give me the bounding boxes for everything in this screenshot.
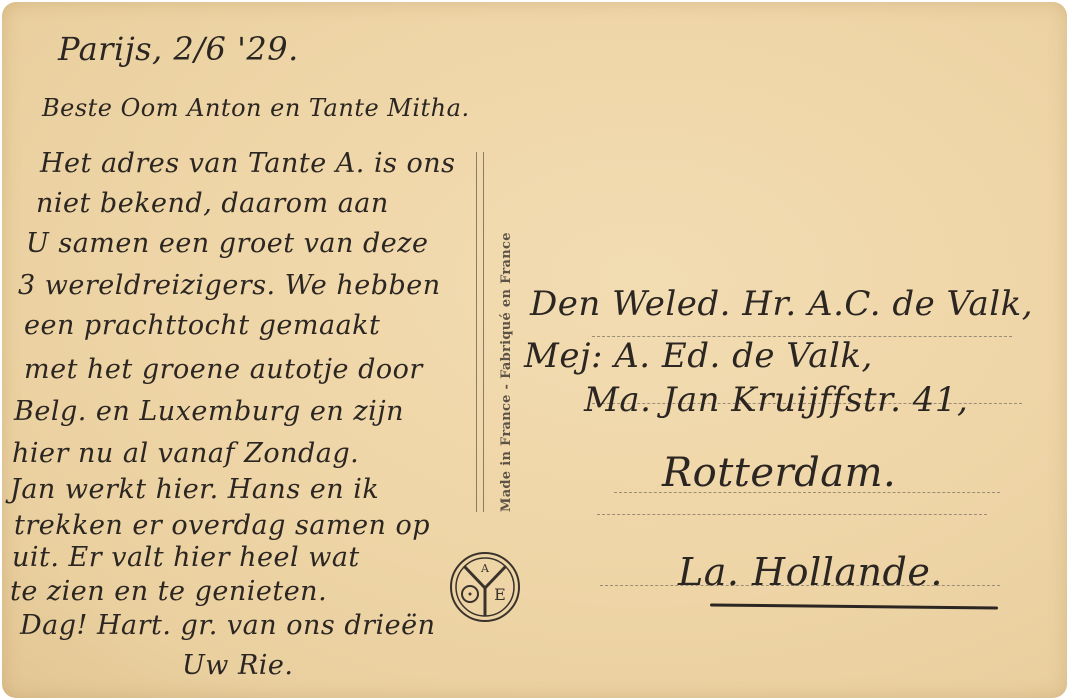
message-line: uit. Er valt hier heel wat [12, 542, 360, 573]
message-line: 3 wereldreizigers. We hebben [18, 270, 441, 301]
country-underline [710, 603, 998, 609]
message-line: hier nu al vanaf Zondag. [12, 438, 359, 469]
message-line: Jan werkt hier. Hans en ik [10, 474, 379, 505]
made-in-france-label: Made in France - Fabriqué en France [499, 232, 514, 512]
message-line: met het groene autotje door [24, 354, 423, 385]
svg-text:A: A [480, 562, 490, 575]
message-line: te zien en te genieten. [10, 576, 327, 607]
message-line: Dag! Hart. gr. van ons drieën [20, 610, 436, 641]
postcard-back: Parijs, 2/6 '29. Beste Oom Anton en Tant… [2, 2, 1067, 698]
message-line: Belg. en Luxemburg en zijn [14, 396, 404, 427]
place-date: Parijs, 2/6 '29. [58, 30, 299, 68]
address-rule [597, 514, 987, 515]
message-line: trekken er overdag samen op [14, 510, 430, 541]
svg-text:E: E [494, 585, 506, 604]
address-line-recipient-1: Den Weled. Hr. A.C. de Valk, [530, 284, 1033, 324]
salutation: Beste Oom Anton en Tante Mitha. [42, 94, 470, 122]
message-line: U samen een groet van deze [26, 228, 428, 259]
address-line-recipient-2: Mej: A. Ed. de Valk, [524, 336, 873, 376]
message-line: niet bekend, daarom aan [36, 188, 389, 219]
signature: Uw Rie. [182, 650, 293, 681]
address-line-country: La. Hollande. [678, 550, 943, 594]
message-line: een prachttocht gemaakt [24, 310, 380, 341]
message-line: Het adres van Tante A. is ons [40, 148, 456, 179]
ayoe-monogram-icon: A E [448, 550, 522, 624]
address-line-city: Rotterdam. [662, 450, 896, 496]
address-line-street: Ma. Jan Kruijffstr. 41, [584, 380, 968, 420]
center-divider [476, 152, 484, 512]
